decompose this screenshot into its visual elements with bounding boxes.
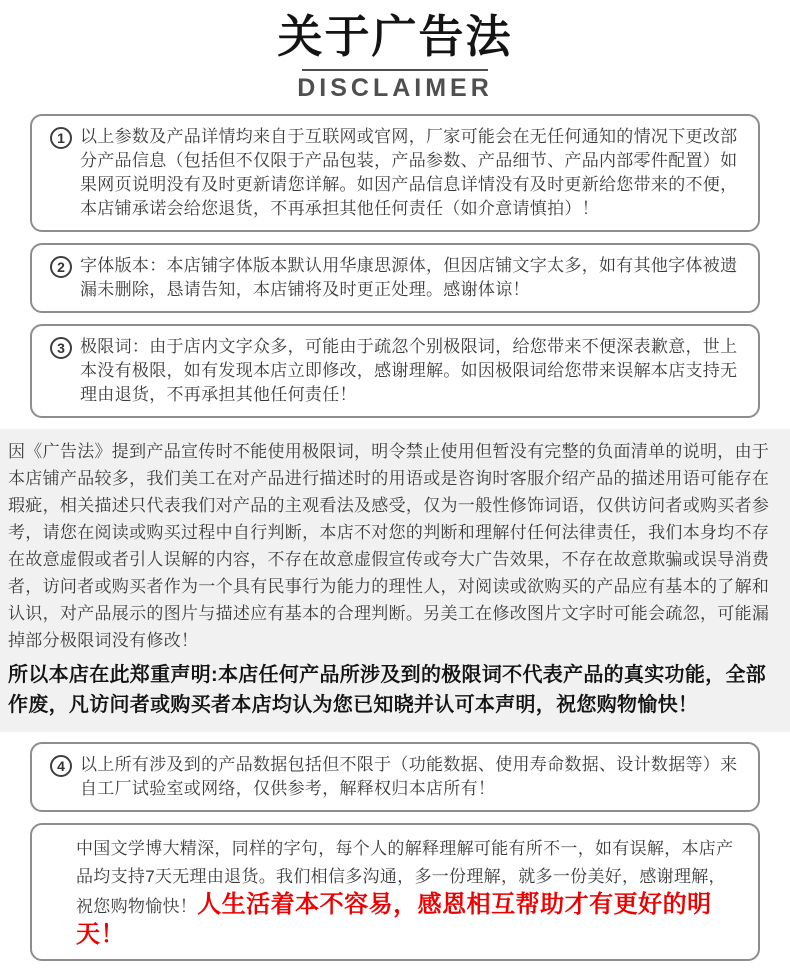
notice-text-font-version: 字体版本：本店铺字体版本默认用华康思源体，但因店铺文字太多，如有其他字体被遗漏未… [80, 254, 742, 302]
circled-number-1: 1 [50, 127, 72, 149]
content: 1 以上参数及产品详情均来自于互联网或官网，厂家可能会在无任何通知的情况下更改部… [0, 103, 790, 961]
advertising-law-section: 因《广告法》提到产品宣传时不能使用极限词，明令禁止使用但暂没有完整的负面清单的说… [0, 429, 790, 732]
notice-box-extreme-words: 3 极限词：由于店内文字众多，可能由于疏忽个别极限词，给您带来不便深表歉意，世上… [30, 324, 760, 418]
closing-paragraph: 中国文学博大精深，同样的字句，每个人的解释理解可能有所不一，如有误解，本店产品均… [50, 835, 740, 951]
store-solemn-statement: 所以本店在此郑重声明:本店任何产品所涉及到的极限词不代表产品的真实功能，全部作废… [8, 660, 780, 720]
circled-number-4: 4 [50, 755, 72, 777]
circled-number-2: 2 [50, 256, 72, 278]
page-title: 关于广告法 [0, 12, 790, 62]
notice-text-product-data: 以上所有涉及到的产品数据包括但不限于（功能数据、使用寿命数据、设计数据等）来自工… [80, 753, 742, 801]
notice-box-product-data: 4 以上所有涉及到的产品数据包括但不限于（功能数据、使用寿命数据、设计数据等）来… [30, 742, 760, 812]
notice-text-extreme-words: 极限词：由于店内文字众多，可能由于疏忽个别极限词，给您带来不便深表歉意，世上本没… [80, 335, 742, 407]
notice-box-product-params: 1 以上参数及产品详情均来自于互联网或官网，厂家可能会在无任何通知的情况下更改部… [30, 114, 760, 232]
law-paragraph: 因《广告法》提到产品宣传时不能使用极限词，明令禁止使用但暂没有完整的负面清单的说… [8, 438, 780, 654]
notice-text-product-params: 以上参数及产品详情均来自于互联网或官网，厂家可能会在无任何通知的情况下更改部分产… [80, 125, 742, 221]
disclaimer-page: 关于广告法 DISCLAIMER 1 以上参数及产品详情均来自于互联网或官网，厂… [0, 0, 790, 972]
title-divider [302, 69, 488, 71]
closing-box: 中国文学博大精深，同样的字句，每个人的解释理解可能有所不一，如有误解，本店产品均… [30, 823, 760, 961]
page-subtitle: DISCLAIMER [0, 74, 790, 103]
bottom-notice-boxes: 4 以上所有涉及到的产品数据包括但不限于（功能数据、使用寿命数据、设计数据等）来… [0, 742, 790, 961]
top-notice-boxes: 1 以上参数及产品详情均来自于互联网或官网，厂家可能会在无任何通知的情况下更改部… [0, 114, 790, 418]
notice-box-font-version: 2 字体版本：本店铺字体版本默认用华康思源体，但因店铺文字太多，如有其他字体被遗… [30, 243, 760, 313]
header: 关于广告法 DISCLAIMER [0, 0, 790, 103]
circled-number-3: 3 [50, 337, 72, 359]
